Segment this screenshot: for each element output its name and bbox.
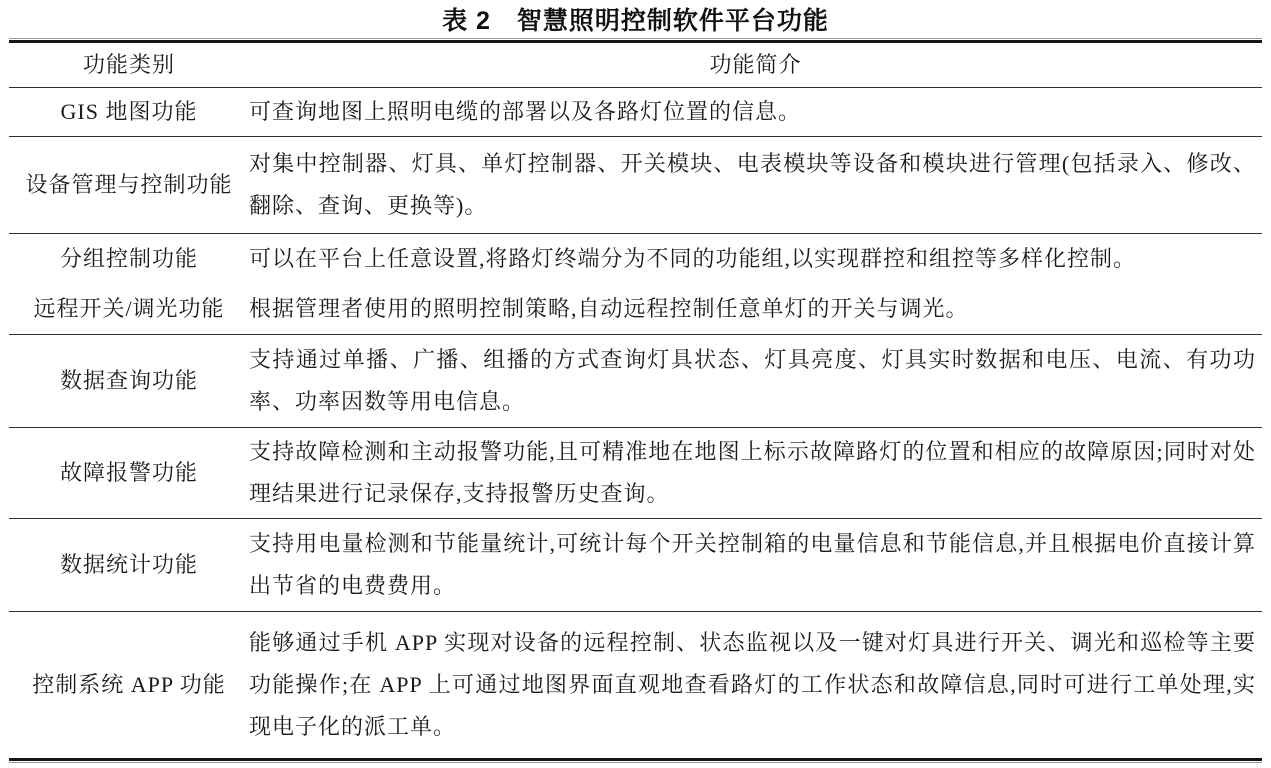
description-cell: 可查询地图上照明电缆的部署以及各路灯位置的信息。 (249, 88, 1262, 136)
column-header-category: 功能类别 (9, 43, 249, 87)
description-cell: 支持用电量检测和节能量统计,可统计每个开关控制箱的电量信息和节能信息,并且根据电… (249, 519, 1262, 611)
description-cell: 支持通过单播、广播、组播的方式查询灯具状态、灯具亮度、灯具实时数据和电压、电流、… (249, 335, 1262, 427)
category-cell: 故障报警功能 (9, 428, 249, 518)
table-bottom-rule (9, 758, 1262, 763)
description-cell: 能够通过手机 APP 实现对设备的远程控制、状态监视以及一键对灯具进行开关、调光… (249, 612, 1262, 758)
table-row: 数据统计功能 支持用电量检测和节能量统计,可统计每个开关控制箱的电量信息和节能信… (9, 519, 1262, 612)
table-row-group: 分组控制功能 可以在平台上任意设置,将路灯终端分为不同的功能组,以实现群控和组控… (9, 234, 1262, 335)
category-cell: 数据查询功能 (9, 335, 249, 427)
description-cell: 对集中控制器、灯具、单灯控制器、开关模块、电表模块等设备和模块进行管理(包括录入… (249, 137, 1262, 233)
category-cell: 设备管理与控制功能 (9, 137, 249, 233)
table-row: GIS 地图功能 可查询地图上照明电缆的部署以及各路灯位置的信息。 (9, 88, 1262, 137)
table-row: 控制系统 APP 功能 能够通过手机 APP 实现对设备的远程控制、状态监视以及… (9, 612, 1262, 758)
table-row: 设备管理与控制功能 对集中控制器、灯具、单灯控制器、开关模块、电表模块等设备和模… (9, 137, 1262, 234)
category-cell: 远程开关/调光功能 (9, 284, 249, 334)
table-row: 故障报警功能 支持故障检测和主动报警功能,且可精准地在地图上标示故障路灯的位置和… (9, 428, 1262, 519)
table-header-row: 功能类别 功能简介 (9, 43, 1262, 88)
column-header-description: 功能简介 (249, 43, 1262, 87)
category-cell: 控制系统 APP 功能 (9, 612, 249, 758)
category-cell: 分组控制功能 (9, 234, 249, 284)
description-cell: 根据管理者使用的照明控制策略,自动远程控制任意单灯的开关与调光。 (249, 284, 1262, 334)
paper-table: 表 2 智慧照明控制软件平台功能 功能类别 功能简介 GIS 地图功能 可查询地… (9, 0, 1262, 763)
category-cell: 数据统计功能 (9, 519, 249, 611)
table-row: 远程开关/调光功能 根据管理者使用的照明控制策略,自动远程控制任意单灯的开关与调… (9, 284, 1262, 334)
table-caption: 表 2 智慧照明控制软件平台功能 (9, 0, 1262, 38)
table-row: 数据查询功能 支持通过单播、广播、组播的方式查询灯具状态、灯具亮度、灯具实时数据… (9, 335, 1262, 428)
category-cell: GIS 地图功能 (9, 88, 249, 136)
table-row: 分组控制功能 可以在平台上任意设置,将路灯终端分为不同的功能组,以实现群控和组控… (9, 234, 1262, 284)
description-cell: 支持故障检测和主动报警功能,且可精准地在地图上标示故障路灯的位置和相应的故障原因… (249, 428, 1262, 518)
description-cell: 可以在平台上任意设置,将路灯终端分为不同的功能组,以实现群控和组控等多样化控制。 (249, 234, 1262, 284)
